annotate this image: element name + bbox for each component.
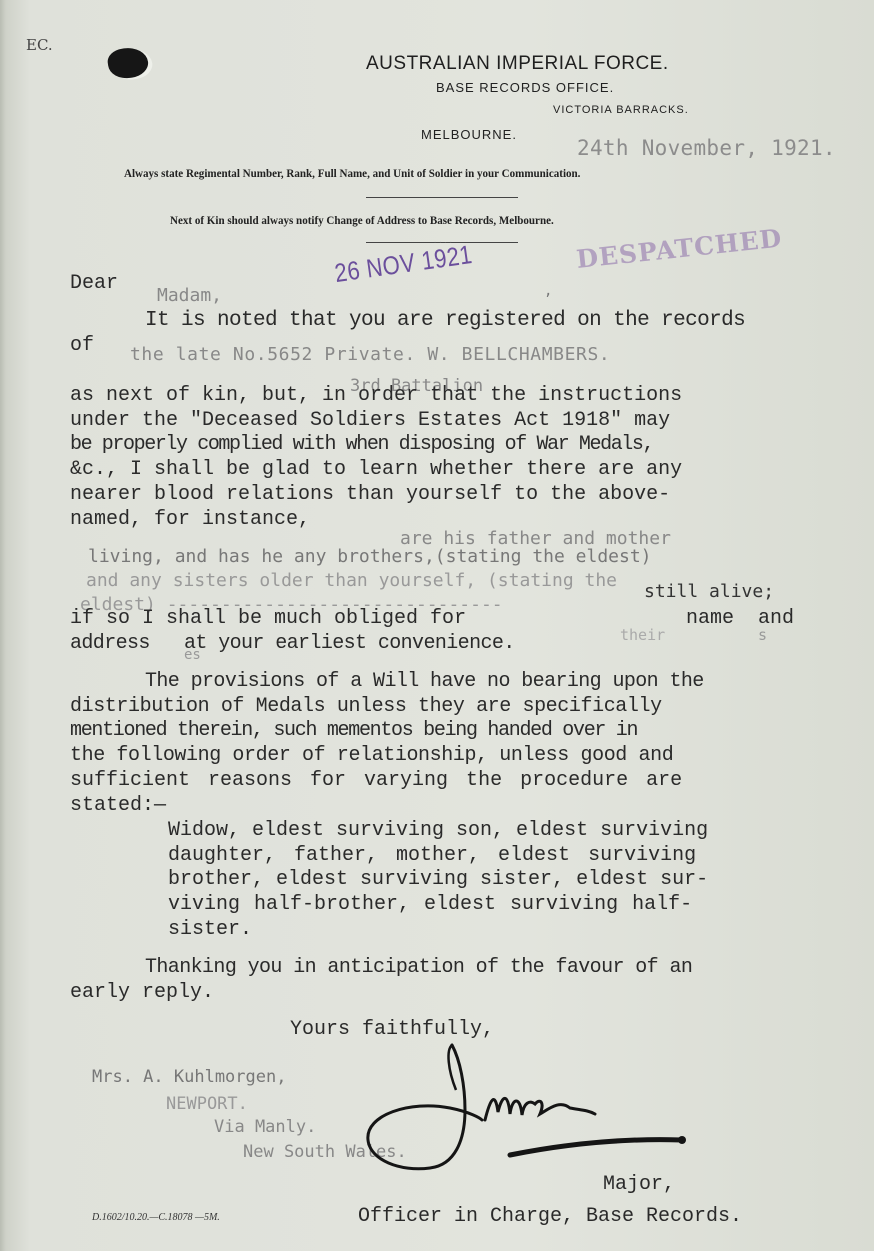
order-line: daughter, father, mother, eldest survivi… [168, 844, 696, 867]
typed-insert: living, and has he any brothers,(stating… [88, 546, 652, 567]
paragraph-1-line: if so I shall be much obliged for [70, 607, 466, 630]
signature [360, 1040, 700, 1180]
salutation-addressee: Madam, [157, 285, 222, 306]
signatory-title: Officer in Charge, Base Records. [358, 1205, 742, 1228]
letterhead-office: BASE RECORDS OFFICE. [436, 80, 614, 95]
paragraph-2-line: sufficient reasons for varying the proce… [70, 769, 682, 792]
file-reference: EC. [26, 36, 53, 54]
punch-hole [106, 45, 150, 80]
paragraph-1-line: address at your earliest convenience. [70, 632, 515, 655]
soldier-details: the late No.5652 Private. W. BELLCHAMBER… [130, 344, 610, 365]
paragraph-1-line: as next of kin, but, in order that the i… [70, 384, 682, 407]
paragraph-3-line: early reply. [70, 981, 214, 1004]
order-line: brother, eldest surviving sister, eldest… [168, 868, 708, 891]
order-line: viving half-brother, eldest surviving ha… [168, 893, 692, 916]
typed-their: their [620, 626, 665, 644]
recipient-name: Mrs. A. Kuhlmorgen, [92, 1067, 286, 1087]
paragraph-1-line: It is noted that you are registered on t… [145, 309, 745, 332]
paragraph-1-line: be properly complied with when disposing… [70, 433, 653, 456]
letterhead-organisation: AUSTRALIAN IMPERIAL FORCE. [366, 53, 669, 75]
salutation-dear: Dear [70, 272, 118, 295]
typed-plural-es: es [184, 647, 201, 663]
paragraph-1-of: of [70, 334, 94, 357]
letter-date: 24th November, 1921. [577, 136, 836, 160]
paragraph-1-line: name and [686, 607, 794, 630]
paragraph-2-line: the following order of relationship, unl… [70, 744, 673, 767]
ink-mark: , [544, 283, 552, 299]
typed-still-alive: still alive; [644, 581, 774, 602]
received-date-stamp: 26 NOV 1921 [333, 239, 475, 289]
paragraph-2-line: mentioned therein, such mementos being h… [70, 719, 637, 742]
despatched-stamp: DESPATCHED [575, 224, 784, 274]
typed-plural-s: s [758, 626, 767, 644]
paragraph-2-line: The provisions of a Will have no bearing… [145, 670, 704, 693]
signatory-rank: Major, [603, 1173, 675, 1196]
paragraph-1-line: nearer blood relations than yourself to … [70, 483, 670, 506]
notice-regimental: Always state Regimental Number, Rank, Fu… [124, 166, 580, 181]
order-line: Widow, eldest surviving son, eldest surv… [168, 819, 708, 842]
typed-insert: and any sisters older than yourself, (st… [86, 570, 617, 591]
paragraph-1-line: under the "Deceased Soldiers Estates Act… [70, 409, 670, 432]
valediction: Yours faithfully, [290, 1018, 494, 1041]
paragraph-1-line: &c., I shall be glad to learn whether th… [70, 458, 682, 481]
letterhead-location: VICTORIA BARRACKS. [553, 104, 689, 116]
order-line: sister. [168, 918, 252, 941]
form-code: D.1602/10.20.—C.18078 —5M. [92, 1212, 220, 1223]
recipient-address-line: Via Manly. [214, 1117, 316, 1137]
divider [366, 197, 518, 198]
recipient-address-line: NEWPORT. [166, 1094, 248, 1114]
letterhead-city: MELBOURNE. [421, 127, 517, 142]
paragraph-2-line: distribution of Medals unless they are s… [70, 695, 662, 718]
paragraph-1-line: named, for instance, [70, 508, 310, 531]
paragraph-3-line: Thanking you in anticipation of the favo… [145, 956, 692, 979]
paragraph-2-line: stated:— [70, 794, 166, 817]
notice-address: Next of Kin should always notify Change … [170, 213, 554, 228]
